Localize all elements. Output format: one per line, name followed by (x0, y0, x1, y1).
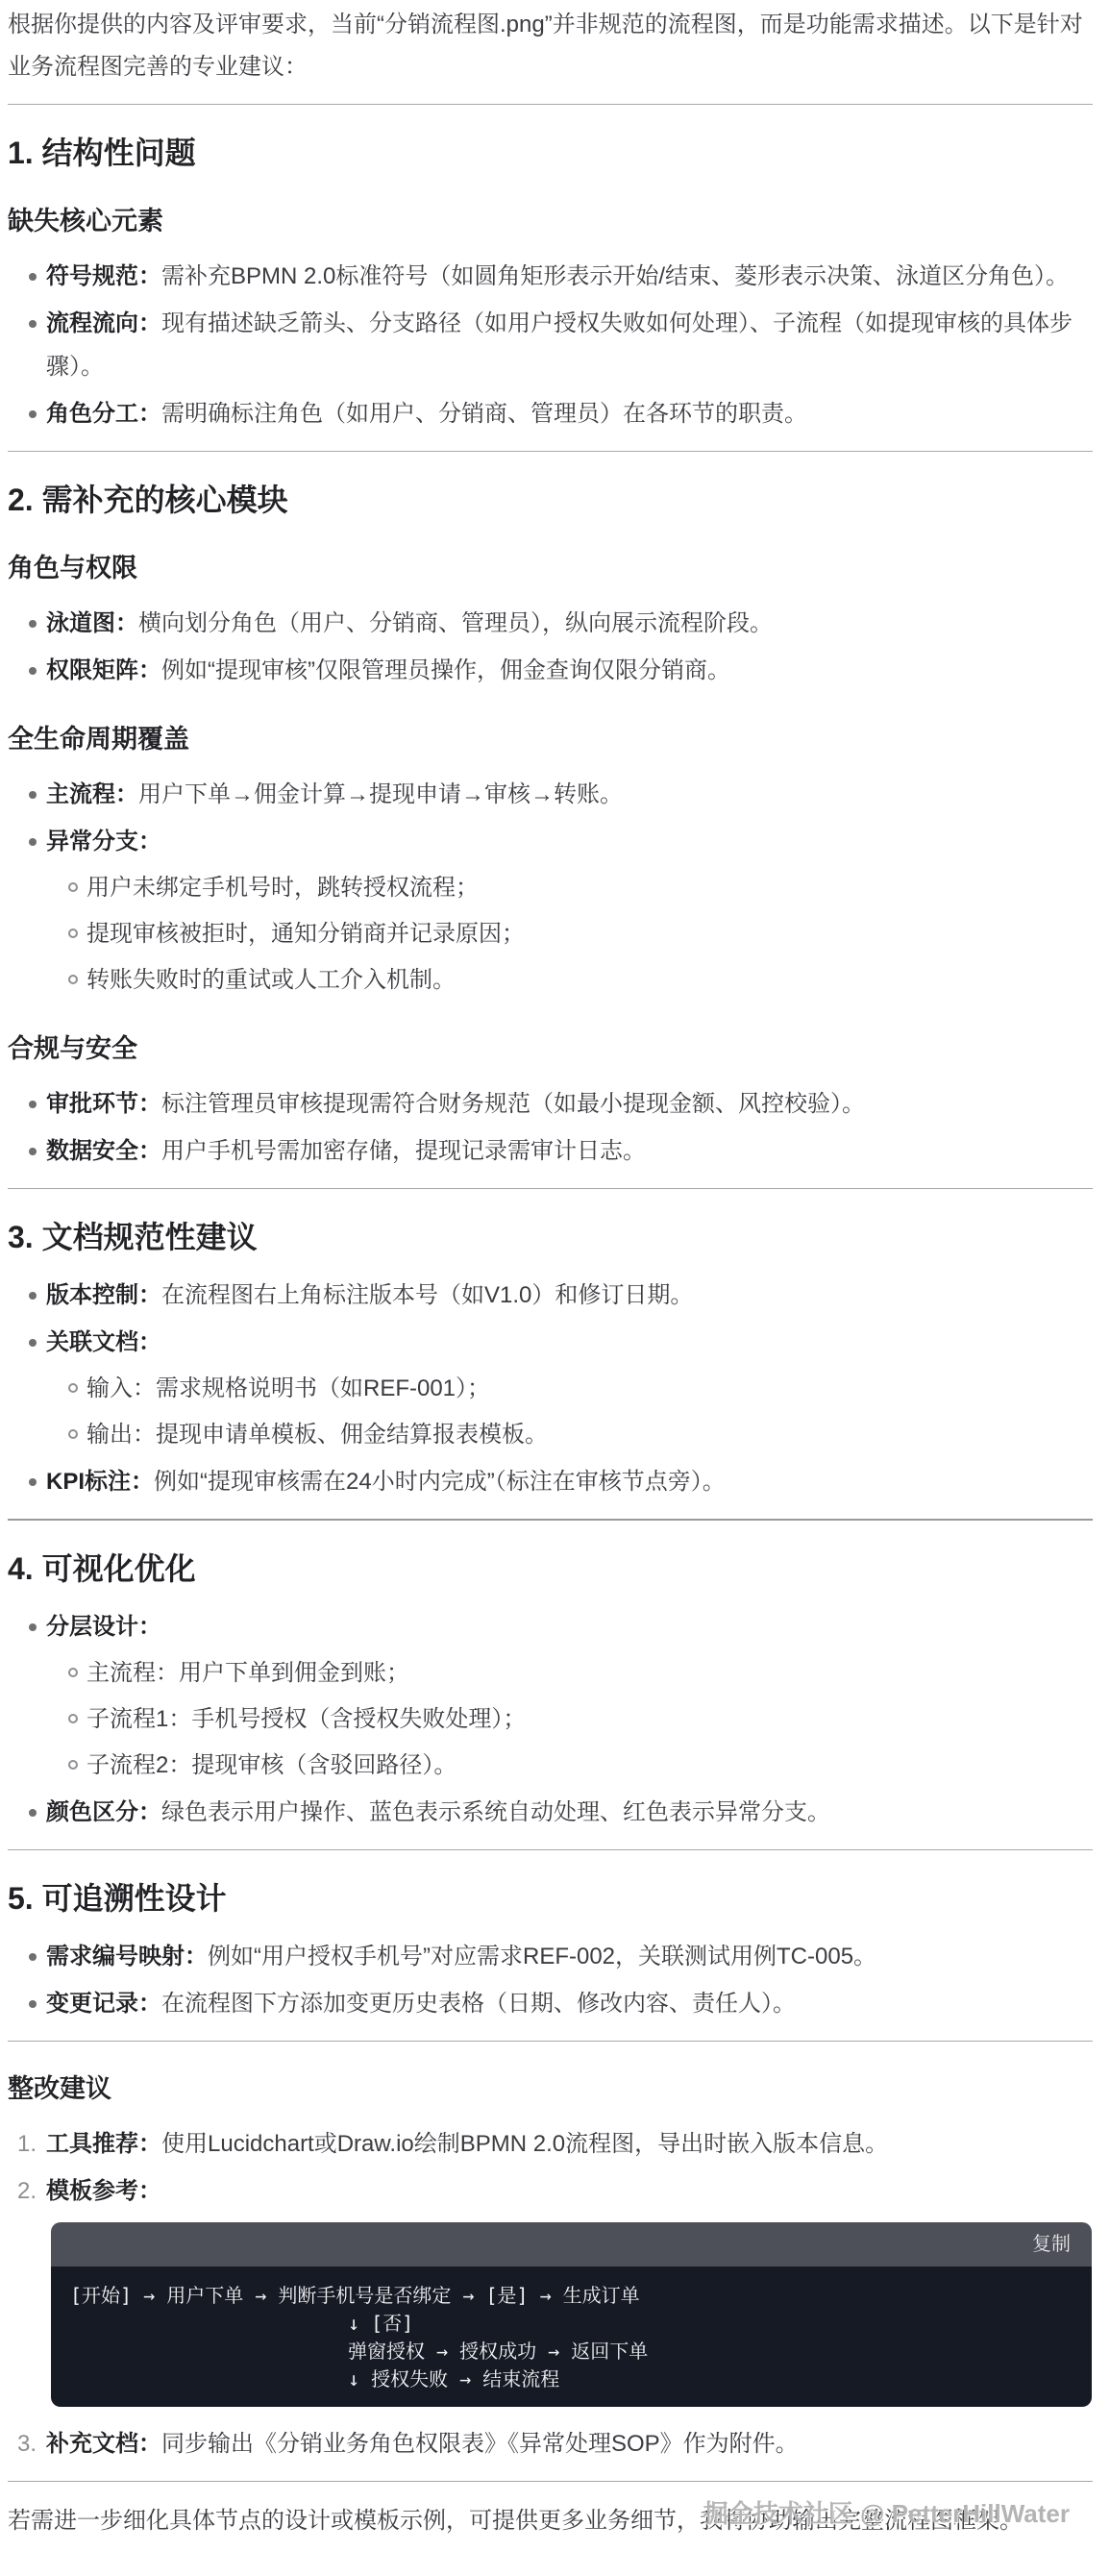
list-item-text: 在流程图下方添加变更历史表格（日期、修改内容、责任人）。 (161, 1991, 796, 2017)
list-item: 主流程：用户下单→佣金计算→提现申请→审核→转账。 (46, 773, 1093, 816)
sub-bullet-list: 主流程：用户下单到佣金到账；子流程1：手机号授权（含授权失败处理）；子流程2：提… (46, 1651, 1093, 1787)
list-item: 补充文档：同步输出《分销业务角色权限表》《异常处理SOP》作为附件。 (46, 2422, 1093, 2465)
list-item: 工具推荐：使用Lucidchart或Draw.io绘制BPMN 2.0流程图，导… (46, 2122, 1093, 2166)
section-5: 5. 可追溯性设计需求编号映射：例如“用户授权手机号”对应需求REF-002，关… (8, 1849, 1093, 2025)
section-divider (8, 451, 1093, 452)
list-item: 颜色区分：绿色表示用户操作、蓝色表示系统自动处理、红色表示异常分支。 (46, 1791, 1093, 1834)
bullet-list: 版本控制：在流程图右上角标注版本号（如V1.0）和修订日期。关联文档：输入：需求… (8, 1274, 1093, 1503)
footer-zone: 掘金技术社区 @ PetterHillWater 若需进一步细化具体节点的设计或… (8, 2481, 1093, 2538)
sub-list-item: 转账失败时的重试或人工介入机制。 (86, 958, 1093, 1002)
list-item: 流程流向：现有描述缺乏箭头、分支路径（如用户授权失败如何处理）、子流程（如提现审… (46, 302, 1093, 388)
answer-document: 根据你提供的内容及评审要求，当前“分销流程图.png”并非规范的流程图，而是功能… (0, 0, 1110, 2538)
section-4: 4. 可视化优化分层设计：主流程：用户下单到佣金到账；子流程1：手机号授权（含授… (8, 1519, 1093, 1834)
sub-item-text: 输出：提现申请单模板、佣金结算报表模板。 (86, 1422, 548, 1448)
bullet-list: 分层设计：主流程：用户下单到佣金到账；子流程1：手机号授权（含授权失败处理）；子… (8, 1605, 1093, 1834)
sub-list-item: 子流程2：提现审核（含驳回路径）。 (86, 1744, 1093, 1787)
sub-list-item: 输入：需求规格说明书（如REF-001）； (86, 1367, 1093, 1410)
subsection-heading: 合规与安全 (8, 1030, 1093, 1067)
list-item-term: 分层设计： (46, 1614, 161, 1640)
list-item-text: 标注管理员审核提现需符合财务规范（如最小提现金额、风控校验）。 (161, 1091, 865, 1117)
list-item: 变更记录：在流程图下方添加变更历史表格（日期、修改内容、责任人）。 (46, 1982, 1093, 2025)
list-item-text: 绿色表示用户操作、蓝色表示系统自动处理、红色表示异常分支。 (161, 1799, 830, 1825)
sub-item-text: 主流程：用户下单到佣金到账； (86, 1660, 409, 1686)
section-1: 1. 结构性问题缺失核心元素符号规范：需补充BPMN 2.0标准符号（如圆角矩形… (8, 104, 1093, 435)
code-toolbar: 复制 (51, 2222, 1092, 2266)
list-item-term: 权限矩阵： (46, 657, 161, 683)
subsection-heading: 缺失核心元素 (8, 203, 1093, 239)
sub-bullet-list: 输入：需求规格说明书（如REF-001）；输出：提现申请单模板、佣金结算报表模板… (46, 1367, 1093, 1456)
code-content: [开始] → 用户下单 → 判断手机号是否绑定 → [是] → 生成订单 ↓ [… (51, 2266, 1092, 2407)
list-item-text: 需补充BPMN 2.0标准符号（如圆角矩形表示开始/结束、菱形表示决策、泳道区分… (161, 263, 1069, 289)
section-2: 2. 需补充的核心模块角色与权限泳道图：横向划分角色（用户、分销商、管理员），纵… (8, 451, 1093, 1173)
bullet-list: 主流程：用户下单→佣金计算→提现申请→审核→转账。异常分支：用户未绑定手机号时，… (8, 773, 1093, 1002)
sub-item-text: 提现审核被拒时，通知分销商并记录原因； (86, 921, 525, 947)
sub-item-text: 子流程1：手机号授权（含授权失败处理）； (86, 1706, 526, 1732)
subsection-heading: 角色与权限 (8, 550, 1093, 586)
intro-paragraph: 根据你提供的内容及评审要求，当前“分销流程图.png”并非规范的流程图，而是功能… (8, 4, 1093, 88)
list-item-term: 泳道图： (46, 610, 138, 636)
bullet-list: 泳道图：横向划分角色（用户、分销商、管理员），纵向展示流程阶段。权限矩阵：例如“… (8, 602, 1093, 692)
sub-list-item: 主流程：用户下单到佣金到账； (86, 1651, 1093, 1695)
section-heading: 1. 结构性问题 (8, 132, 1093, 174)
watermark-text: 掘金技术社区 @ PetterHillWater (703, 2492, 1070, 2535)
list-item: 分层设计：主流程：用户下单到佣金到账；子流程1：手机号授权（含授权失败处理）；子… (46, 1605, 1093, 1787)
sub-list-item: 提现审核被拒时，通知分销商并记录原因； (86, 912, 1093, 955)
subsection-heading: 全生命周期覆盖 (8, 721, 1093, 757)
list-item-text: 现有描述缺乏箭头、分支路径（如用户授权失败如何处理）、子流程（如提现审核的具体步… (46, 310, 1073, 380)
sections-container: 1. 结构性问题缺失核心元素符号规范：需补充BPMN 2.0标准符号（如圆角矩形… (8, 104, 1093, 2465)
list-item-text: 用户下单→佣金计算→提现申请→审核→转账。 (138, 781, 623, 807)
section-heading: 4. 可视化优化 (8, 1548, 1093, 1590)
list-item: 需求编号映射：例如“用户授权手机号”对应需求REF-002，关联测试用例TC-0… (46, 1935, 1093, 1978)
list-item-term: 模板参考： (46, 2178, 161, 2204)
list-item-term: 变更记录： (46, 1991, 161, 2017)
list-item: 异常分支：用户未绑定手机号时，跳转授权流程；提现审核被拒时，通知分销商并记录原因… (46, 820, 1093, 1002)
list-item-term: 需求编号映射： (46, 1944, 208, 1969)
list-item-text: 例如“用户授权手机号”对应需求REF-002，关联测试用例TC-005。 (208, 1944, 876, 1969)
sub-item-text: 用户未绑定手机号时，跳转授权流程； (86, 875, 479, 901)
list-item-term: 关联文档： (46, 1329, 161, 1355)
section-heading: 整改建议 (8, 2070, 1093, 2107)
sub-item-text: 子流程2：提现审核（含驳回路径）。 (86, 1752, 456, 1778)
list-item: KPI标注：例如“提现审核需在24小时内完成”（标注在审核节点旁）。 (46, 1460, 1093, 1503)
section-divider (8, 2041, 1093, 2042)
bullet-list: 审批环节：标注管理员审核提现需符合财务规范（如最小提现金额、风控校验）。数据安全… (8, 1082, 1093, 1173)
section-heading: 5. 可追溯性设计 (8, 1877, 1093, 1920)
list-item-text: 横向划分角色（用户、分销商、管理员），纵向展示流程阶段。 (138, 610, 773, 636)
list-item: 版本控制：在流程图右上角标注版本号（如V1.0）和修订日期。 (46, 1274, 1093, 1317)
code-block: 复制[开始] → 用户下单 → 判断手机号是否绑定 → [是] → 生成订单 ↓… (51, 2222, 1092, 2407)
list-item-term: 补充文档： (46, 2431, 161, 2457)
list-item: 权限矩阵：例如“提现审核”仅限管理员操作，佣金查询仅限分销商。 (46, 649, 1093, 692)
sub-list-item: 子流程1：手机号授权（含授权失败处理）； (86, 1697, 1093, 1741)
section-divider (8, 104, 1093, 105)
list-item-term: 异常分支： (46, 829, 161, 855)
list-item-term: 主流程： (46, 781, 138, 807)
sub-list-item: 输出：提现申请单模板、佣金结算报表模板。 (86, 1413, 1093, 1456)
section-divider (8, 1519, 1093, 1521)
sub-item-text: 输入：需求规格说明书（如REF-001）； (86, 1375, 490, 1401)
list-item-term: 版本控制： (46, 1282, 161, 1308)
list-item-text: 例如“提现审核”仅限管理员操作，佣金查询仅限分销商。 (161, 657, 730, 683)
list-item-text: 在流程图右上角标注版本号（如V1.0）和修订日期。 (161, 1282, 693, 1308)
list-item: 泳道图：横向划分角色（用户、分销商、管理员），纵向展示流程阶段。 (46, 602, 1093, 645)
section-3: 3. 文档规范性建议版本控制：在流程图右上角标注版本号（如V1.0）和修订日期。… (8, 1188, 1093, 1503)
sub-bullet-list: 用户未绑定手机号时，跳转授权流程；提现审核被拒时，通知分销商并记录原因；转账失败… (46, 866, 1093, 1002)
list-item: 符号规范：需补充BPMN 2.0标准符号（如圆角矩形表示开始/结束、菱形表示决策… (46, 255, 1093, 298)
bottom-divider (8, 2481, 1093, 2482)
list-item-text: 同步输出《分销业务角色权限表》《异常处理SOP》作为附件。 (161, 2431, 799, 2457)
list-item-term: 流程流向： (46, 310, 161, 336)
list-item: 角色分工：需明确标注角色（如用户、分销商、管理员）在各环节的职责。 (46, 392, 1093, 435)
bullet-list: 符号规范：需补充BPMN 2.0标准符号（如圆角矩形表示开始/结束、菱形表示决策… (8, 255, 1093, 435)
sub-list-item: 用户未绑定手机号时，跳转授权流程； (86, 866, 1093, 909)
list-item-term: 数据安全： (46, 1138, 161, 1164)
list-item-text: 使用Lucidchart或Draw.io绘制BPMN 2.0流程图，导出时嵌入版… (161, 2131, 888, 2157)
section-6: 整改建议工具推荐：使用Lucidchart或Draw.io绘制BPMN 2.0流… (8, 2041, 1093, 2465)
list-item-term: KPI标注： (46, 1469, 154, 1495)
list-item: 审批环节：标注管理员审核提现需符合财务规范（如最小提现金额、风控校验）。 (46, 1082, 1093, 1126)
section-heading: 3. 文档规范性建议 (8, 1216, 1093, 1258)
section-divider (8, 1188, 1093, 1189)
list-item: 关联文档：输入：需求规格说明书（如REF-001）；输出：提现申请单模板、佣金结… (46, 1321, 1093, 1456)
list-item-text: 需明确标注角色（如用户、分销商、管理员）在各环节的职责。 (161, 401, 807, 427)
list-item-text: 例如“提现审核需在24小时内完成”（标注在审核节点旁）。 (154, 1469, 726, 1495)
list-item-term: 角色分工： (46, 401, 161, 427)
sub-item-text: 转账失败时的重试或人工介入机制。 (86, 967, 456, 993)
section-divider (8, 1849, 1093, 1850)
numbered-list: 工具推荐：使用Lucidchart或Draw.io绘制BPMN 2.0流程图，导… (8, 2122, 1093, 2465)
bullet-list: 需求编号映射：例如“用户授权手机号”对应需求REF-002，关联测试用例TC-0… (8, 1935, 1093, 2025)
list-item-term: 工具推荐： (46, 2131, 161, 2157)
list-item-text: 用户手机号需加密存储，提现记录需审计日志。 (161, 1138, 646, 1164)
list-item: 模板参考：复制[开始] → 用户下单 → 判断手机号是否绑定 → [是] → 生… (46, 2169, 1093, 2407)
list-item-term: 颜色区分： (46, 1799, 161, 1825)
list-item: 数据安全：用户手机号需加密存储，提现记录需审计日志。 (46, 1129, 1093, 1173)
list-item-term: 符号规范： (46, 263, 161, 289)
section-heading: 2. 需补充的核心模块 (8, 479, 1093, 521)
list-item-term: 审批环节： (46, 1091, 161, 1117)
copy-button[interactable]: 复制 (1032, 2222, 1071, 2266)
